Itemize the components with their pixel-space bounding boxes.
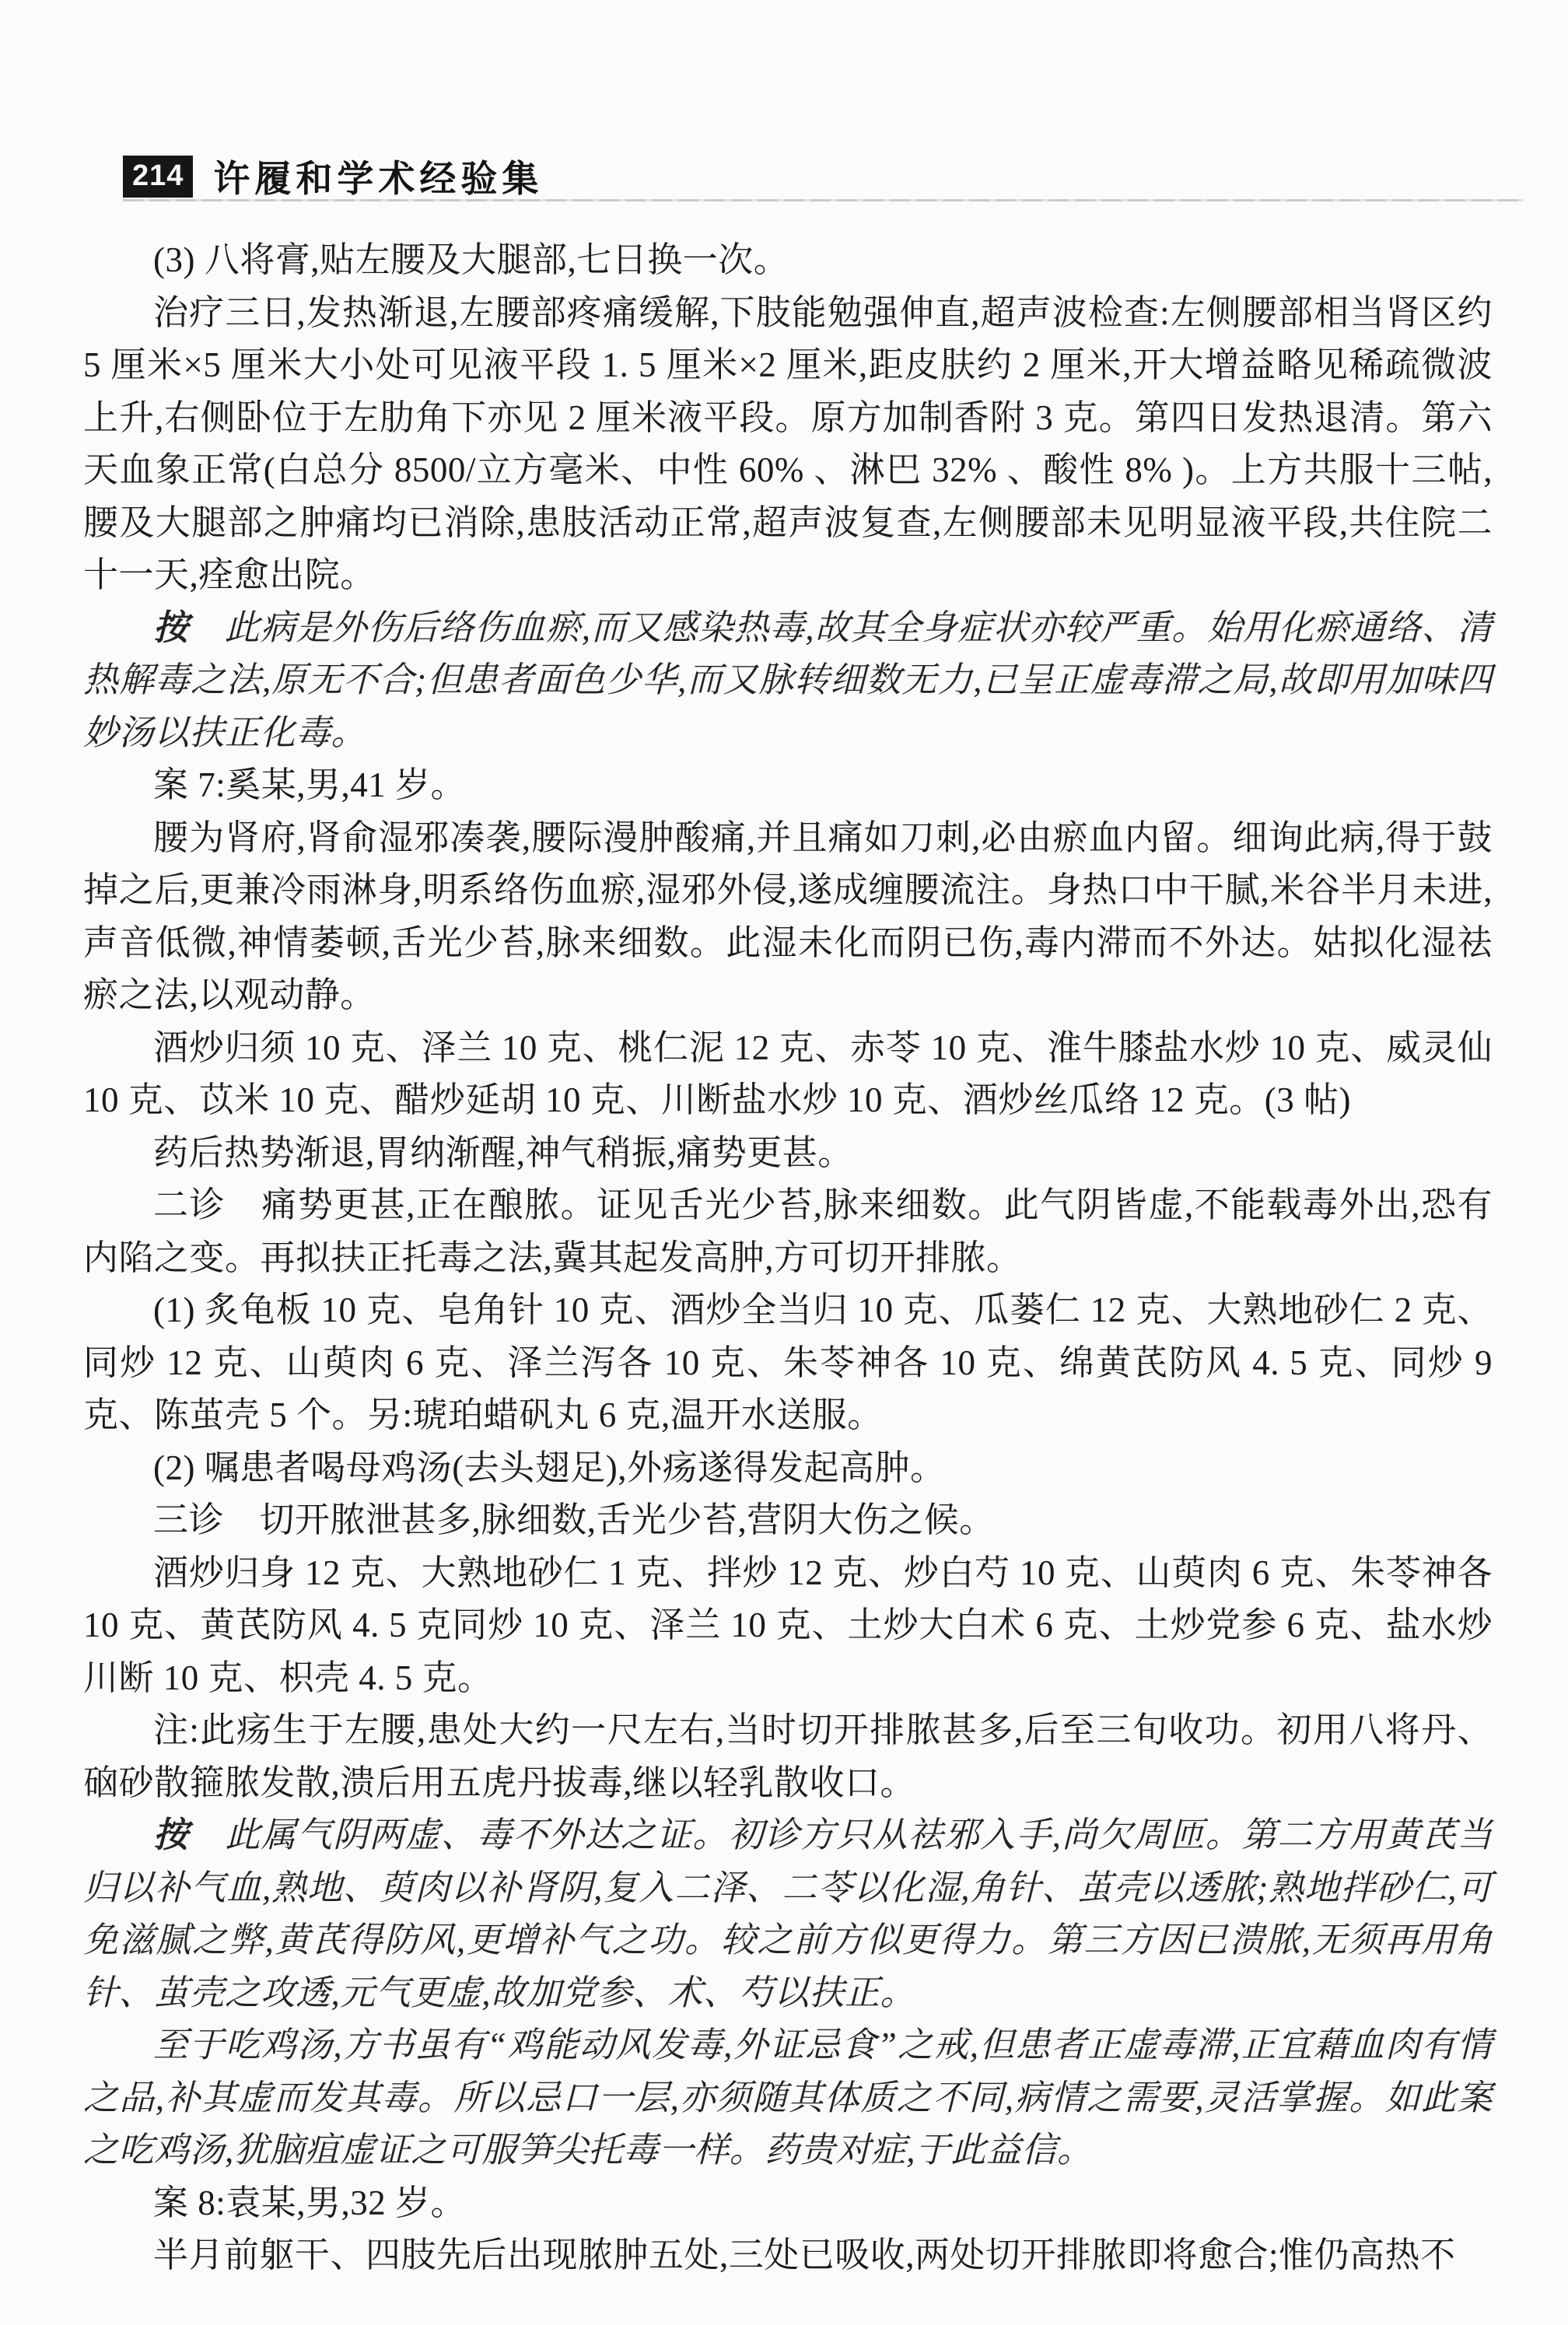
paragraph: 治疗三日,发热渐退,左腰部疼痛缓解,下肢能勉强伸直,超声波检查:左侧腰部相当肾区…: [83, 287, 1493, 602]
paragraph: (2) 嘱患者喝母鸡汤(去头翅足),外疡遂得发起高肿。: [83, 1442, 1493, 1495]
paragraph: 按 此属气阴两虚、毒不外达之证。初诊方只从祛邪入手,尚欠周匝。第二方用黄芪当归以…: [83, 1809, 1493, 2019]
header-rule: [123, 199, 1523, 201]
paragraph: 药后热势渐退,胃纳渐醒,神气稍振,痛势更甚。: [83, 1127, 1493, 1180]
paragraph: 至于吃鸡汤,方书虽有“鸡能动风发毒,外证忌食”之戒,但患者正虚毒滞,正宜藉血肉有…: [83, 2019, 1493, 2177]
paragraph: 注:此疡生于左腰,患处大约一尺左右,当时切开排脓甚多,后至三旬收功。初用八将丹、…: [83, 1704, 1493, 1809]
paragraph: 案 8:袁某,男,32 岁。: [83, 2177, 1493, 2230]
book-title: 许履和学术经验集: [213, 150, 543, 202]
paragraph: 三诊 切开脓泄甚多,脉细数,舌光少苔,营阴大伤之候。: [83, 1494, 1493, 1547]
paragraph: (3) 八将膏,贴左腰及大腿部,七日换一次。: [83, 234, 1493, 287]
paragraph: 腰为肾府,肾俞湿邪凑袭,腰际漫肿酸痛,并且痛如刀刺,必由瘀血内留。细询此病,得于…: [83, 812, 1493, 1022]
book-page: 214 许履和学术经验集 (3) 八将膏,贴左腰及大腿部,七日换一次。治疗三日,…: [0, 0, 1568, 2325]
paragraph-label: 按: [153, 1816, 189, 1854]
body-paragraphs: (3) 八将膏,贴左腰及大腿部,七日换一次。治疗三日,发热渐退,左腰部疼痛缓解,…: [83, 234, 1493, 2282]
paragraph: 按 此病是外伤后络伤血瘀,而又感染热毒,故其全身症状亦较严重。始用化瘀通络、清热…: [83, 602, 1493, 760]
paragraph: 案 7:奚某,男,41 岁。: [83, 759, 1493, 812]
paragraph: 二诊 痛势更甚,正在酿脓。证见舌光少苔,脉来细数。此气阴皆虚,不能载毒外出,恐有…: [83, 1179, 1493, 1284]
paragraph: (1) 炙龟板 10 克、皂角针 10 克、酒炒全当归 10 克、瓜蒌仁 12 …: [83, 1284, 1493, 1442]
paragraph: 半月前躯干、四肢先后出现脓肿五处,三处已吸收,两处切开排脓即将愈合;惟仍高热不: [83, 2229, 1493, 2282]
paragraph-label: 按: [153, 608, 189, 647]
paragraph: 酒炒归须 10 克、泽兰 10 克、桃仁泥 12 克、赤苓 10 克、淮牛膝盐水…: [83, 1022, 1493, 1127]
running-header: 214 许履和学术经验集: [123, 150, 543, 202]
paragraph: 酒炒归身 12 克、大熟地砂仁 1 克、拌炒 12 克、炒白芍 10 克、山萸肉…: [83, 1547, 1493, 1705]
page-number-badge: 214: [123, 156, 193, 198]
